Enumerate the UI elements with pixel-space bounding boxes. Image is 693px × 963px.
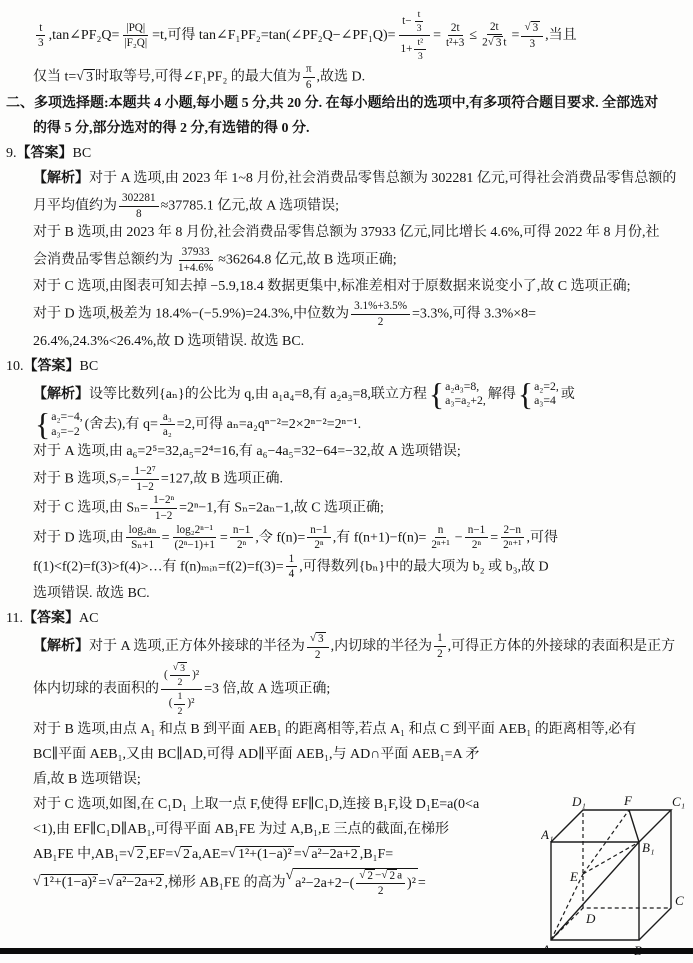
text-line: 对于 A 选项,由 a₆=2⁵=32,a₅=2⁴=16,有 a₆−4a₅=32−…	[0, 440, 693, 464]
text-line: 对于 D 选项,极差为 18.4%−(−5.9%)=24.3%,中位数为3.1%…	[0, 300, 693, 328]
text-line: 月平均值约为3022818≈37785.1 亿元,故 A 选项错误;	[0, 192, 693, 220]
text-line: 9.【答案】BC	[0, 142, 693, 166]
vertex-label-d: D	[585, 911, 596, 926]
text-line: 对于 B 选项,由点 A₁ 和点 B 到平面 AEB₁ 的距离相等,若点 A₁ …	[0, 718, 693, 742]
text-line: 选项错误. 故选 BC.	[0, 582, 693, 606]
text-line: 对于 C 选项,由图表可知去掉 −5.9,18.4 数据更集中,标准差相对于原数…	[0, 275, 693, 299]
text-line: 【解析】对于 A 选项,由 2023 年 1~8 月份,社会消费品零售总额为 3…	[0, 167, 693, 191]
text-line: 【解析】对于 A 选项,正方体外接球的半径为√32,内切球的半径为12,可得正方…	[0, 632, 693, 661]
vertex-label-c: C	[675, 893, 684, 908]
text-line: 仅当 t=√3时取等号,可得∠F₁PF₂ 的最大值为π6,故选 D.	[0, 63, 693, 91]
cube-figure: A B C D A₁ B₁ C₁ D₁ E F	[541, 792, 689, 960]
cube-solid-edges	[551, 810, 671, 940]
text-line: BC∥平面 AEB₁,又由 BC∥AD,可得 AD∥平面 AEB₁,与 AD∩平…	[0, 743, 693, 767]
vertex-label-d1: D₁	[571, 794, 586, 809]
document-body: t3,tan∠PF₂Q=|PQ||F₂Q|=t,可得 tan∠F₁PF₂=tan…	[0, 9, 693, 898]
text-line: 对于 B 选项,S₇=1−2⁷1−2=127,故 B 选项正确.	[0, 465, 693, 493]
text-line: 对于 C 选项,由 Sₙ=1−2ⁿ1−2=2ⁿ−1,有 Sₙ=2aₙ−1,故 C…	[0, 494, 693, 522]
vertex-label-a1: A₁	[541, 827, 553, 842]
text-line: {a₂=−4,a₃=−2(舍去),有 q=a₃a₂=2,可得 aₙ=a₂qⁿ⁻²…	[0, 410, 693, 439]
scan-bottom-edge	[0, 948, 693, 954]
vertex-label-e: E	[569, 869, 578, 884]
text-line: 二、多项选择题:本题共 4 小题,每小题 5 分,共 20 分. 在每小题给出的…	[0, 92, 693, 116]
text-line: f(1)<f(2)=f(3)>f(4)>…有 f(n)ₘᵢₙ=f(2)=f(3)…	[0, 553, 693, 581]
vertex-label-f: F	[623, 793, 633, 808]
scanned-exam-answer-page: t3,tan∠PF₂Q=|PQ||F₂Q|=t,可得 tan∠F₁PF₂=tan…	[0, 0, 693, 963]
text-line: 26.4%,24.3%<26.4%,故 D 选项错误. 故选 BC.	[0, 330, 693, 354]
text-line: t3,tan∠PF₂Q=|PQ||F₂Q|=t,可得 tan∠F₁PF₂=tan…	[0, 9, 693, 62]
text-line: 的得 5 分,部分选对的得 2 分,有选错的得 0 分.	[0, 117, 693, 141]
text-line: 盾,故 B 选项错误;	[0, 768, 693, 792]
text-line: 对于 D 选项,由log₂aₙSₙ+1=log₂2ⁿ⁻¹(2ⁿ−1)+1=n−1…	[0, 524, 693, 552]
text-line: 10.【答案】BC	[0, 355, 693, 379]
vertex-label-b1: B₁	[642, 840, 654, 855]
vertex-label-c1: C₁	[672, 794, 685, 809]
cube-diagram-svg: A B C D A₁ B₁ C₁ D₁ E F	[541, 792, 689, 960]
text-line: 【解析】设等比数列{aₙ}的公比为 q,由 a₁a₄=8,有 a₂a₃=8,联立…	[0, 380, 693, 409]
text-line: 对于 B 选项,由 2023 年 8 月份,社会消费品零售总额为 37933 亿…	[0, 221, 693, 245]
text-line: 会消费品零售总额约为379331+4.6%≈36264.8 亿元,故 B 选项正…	[0, 246, 693, 274]
text-line: 体内切球的表面积的(√32)²(12)²=3 倍,故 A 选项正确;	[0, 662, 693, 716]
text-line: 11.【答案】AC	[0, 607, 693, 631]
